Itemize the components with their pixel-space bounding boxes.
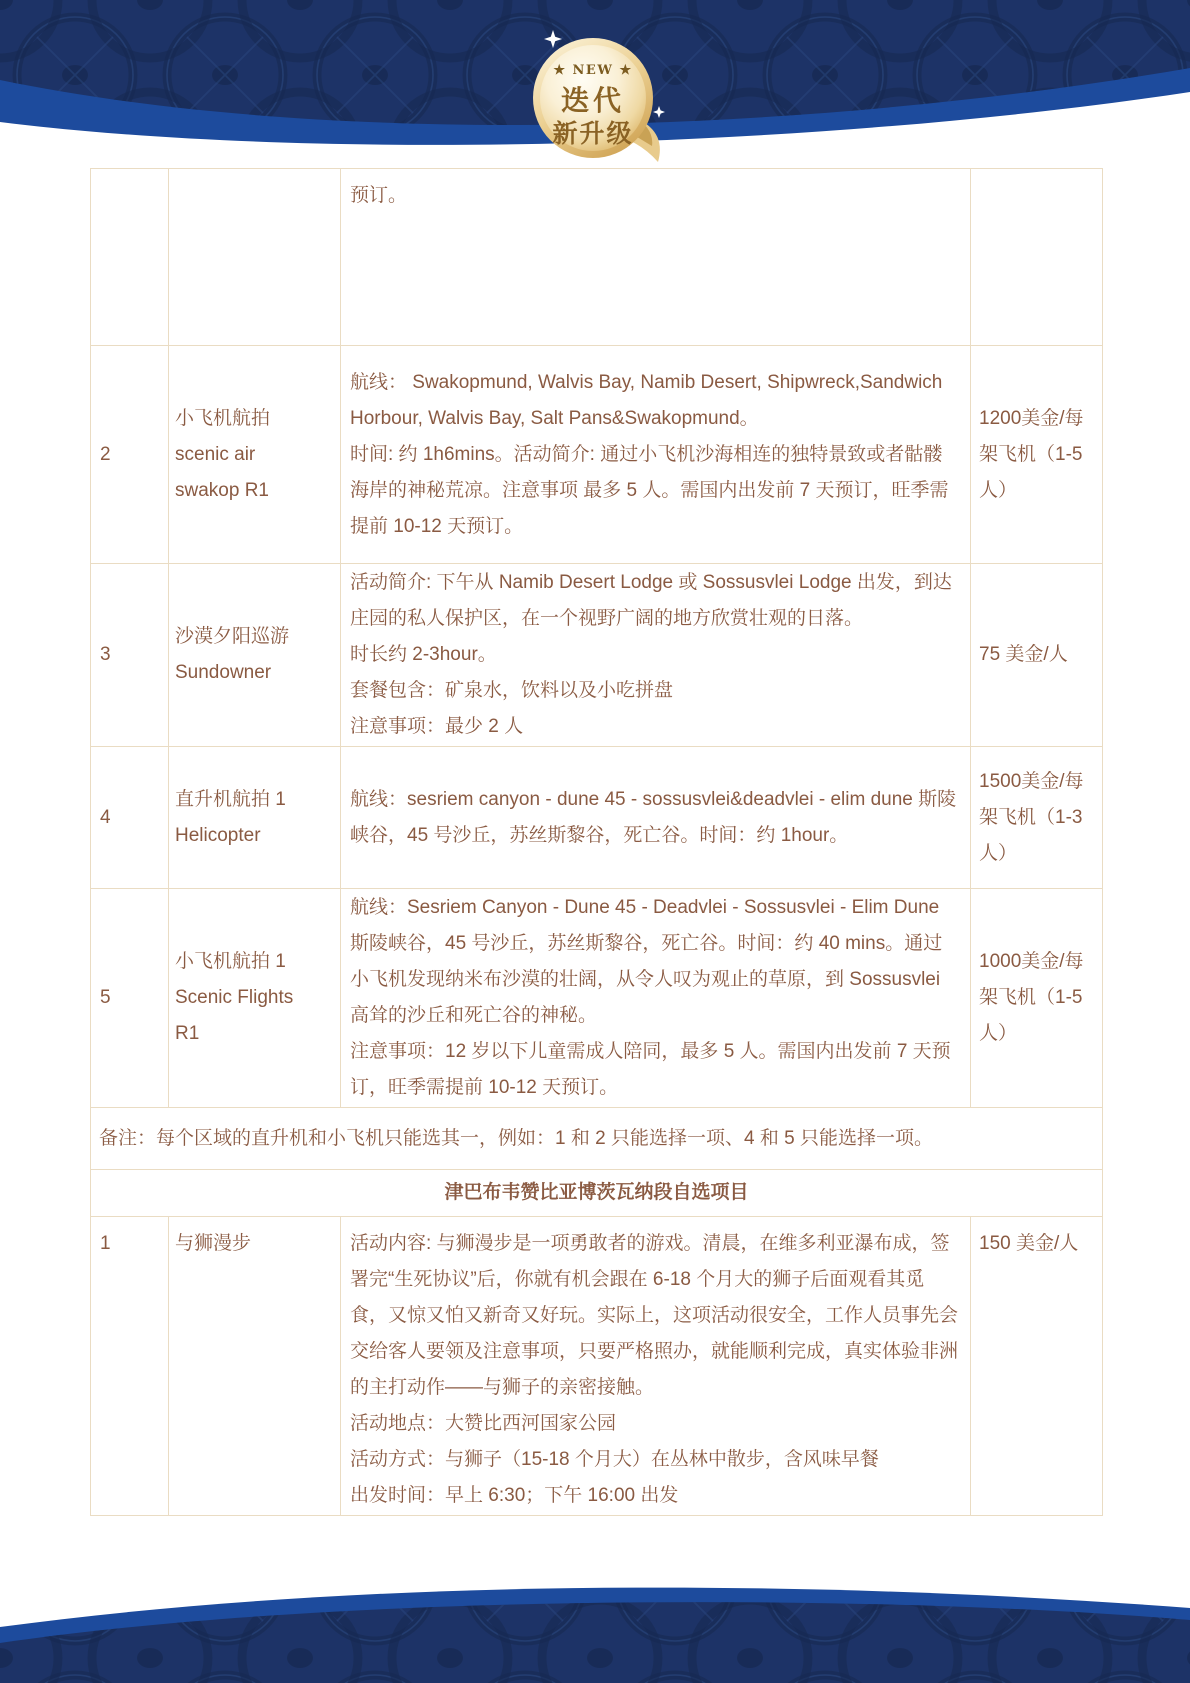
new-upgrade-badge: ★ NEW ★ 迭代 新升级 — [520, 22, 685, 172]
table-row: 1 与狮漫步 活动内容: 与狮漫步是一项勇敢者的游戏。清晨，在维多利亚瀑布成，签… — [91, 1217, 1103, 1516]
row-number-cell: 5 — [91, 889, 169, 1108]
price-cell: 1200美金/每架飞机（1-5 人） — [971, 346, 1103, 564]
row-number-cell: 1 — [91, 1217, 169, 1516]
table-row: 3 沙漠夕阳巡游 Sundowner 活动简介: 下午从 Namib Deser… — [91, 564, 1103, 747]
badge-line2: 新升级 — [552, 119, 633, 148]
activity-name-cell: 小飞机航拍 1 Scenic Flights R1 — [169, 889, 341, 1108]
row-number-cell: 3 — [91, 564, 169, 747]
activity-name-cell: 小飞机航拍 scenic air swakop R1 — [169, 346, 341, 564]
table-row: 4 直升机航拍 1 Helicopter 航线：sesriem canyon -… — [91, 747, 1103, 889]
activity-desc-cell: 预订。 — [341, 169, 971, 346]
note-text: 备注：每个区域的直升机和小飞机只能选其一，例如：1 和 2 只能选择一项、4 和… — [91, 1108, 1103, 1170]
price-cell: 75 美金/人 — [971, 564, 1103, 747]
badge-sparkle-icon — [653, 106, 665, 118]
price-cell — [971, 169, 1103, 346]
price-cell: 150 美金/人 — [971, 1217, 1103, 1516]
table-note-row: 备注：每个区域的直升机和小飞机只能选其一，例如：1 和 2 只能选择一项、4 和… — [91, 1108, 1103, 1170]
badge-line1: 迭代 — [561, 84, 625, 117]
bottom-decorative-band — [0, 1508, 1190, 1683]
activity-name-cell: 沙漠夕阳巡游 Sundowner — [169, 564, 341, 747]
table-row: 5 小飞机航拍 1 Scenic Flights R1 航线：Sesriem C… — [91, 889, 1103, 1108]
activity-desc-cell: 活动简介: 下午从 Namib Desert Lodge 或 Sossusvle… — [341, 564, 971, 747]
activity-desc-cell: 航线：sesriem canyon - dune 45 - sossusvlei… — [341, 747, 971, 889]
row-number-cell — [91, 169, 169, 346]
activities-table: 预订。 2 小飞机航拍 scenic air swakop R1 航线： Swa… — [90, 168, 1103, 1516]
badge-new-label: ★ NEW ★ — [553, 63, 632, 78]
price-cell: 1500美金/每架飞机（1-3 人） — [971, 747, 1103, 889]
section-title: 津巴布韦赞比亚博茨瓦纳段自选项目 — [91, 1170, 1103, 1217]
row-number-cell: 2 — [91, 346, 169, 564]
page: { "badge": { "top_label": "★ NEW ★", "li… — [0, 0, 1190, 1683]
section-header-row: 津巴布韦赞比亚博茨瓦纳段自选项目 — [91, 1170, 1103, 1217]
activity-desc-cell: 航线：Sesriem Canyon - Dune 45 - Deadvlei -… — [341, 889, 971, 1108]
row-number-cell: 4 — [91, 747, 169, 889]
badge-sparkle-icon — [544, 30, 562, 48]
price-cell: 1000美金/每架飞机（1-5 人） — [971, 889, 1103, 1108]
activity-name-cell: 与狮漫步 — [169, 1217, 341, 1516]
table-row: 2 小飞机航拍 scenic air swakop R1 航线： Swakopm… — [91, 346, 1103, 564]
activity-desc-cell: 航线： Swakopmund, Walvis Bay, Namib Desert… — [341, 346, 971, 564]
activity-name-cell — [169, 169, 341, 346]
activity-desc-cell: 活动内容: 与狮漫步是一项勇敢者的游戏。清晨，在维多利亚瀑布成，签署完“生死协议… — [341, 1217, 971, 1516]
table-row-continuation: 预订。 — [91, 169, 1103, 346]
activity-name-cell: 直升机航拍 1 Helicopter — [169, 747, 341, 889]
